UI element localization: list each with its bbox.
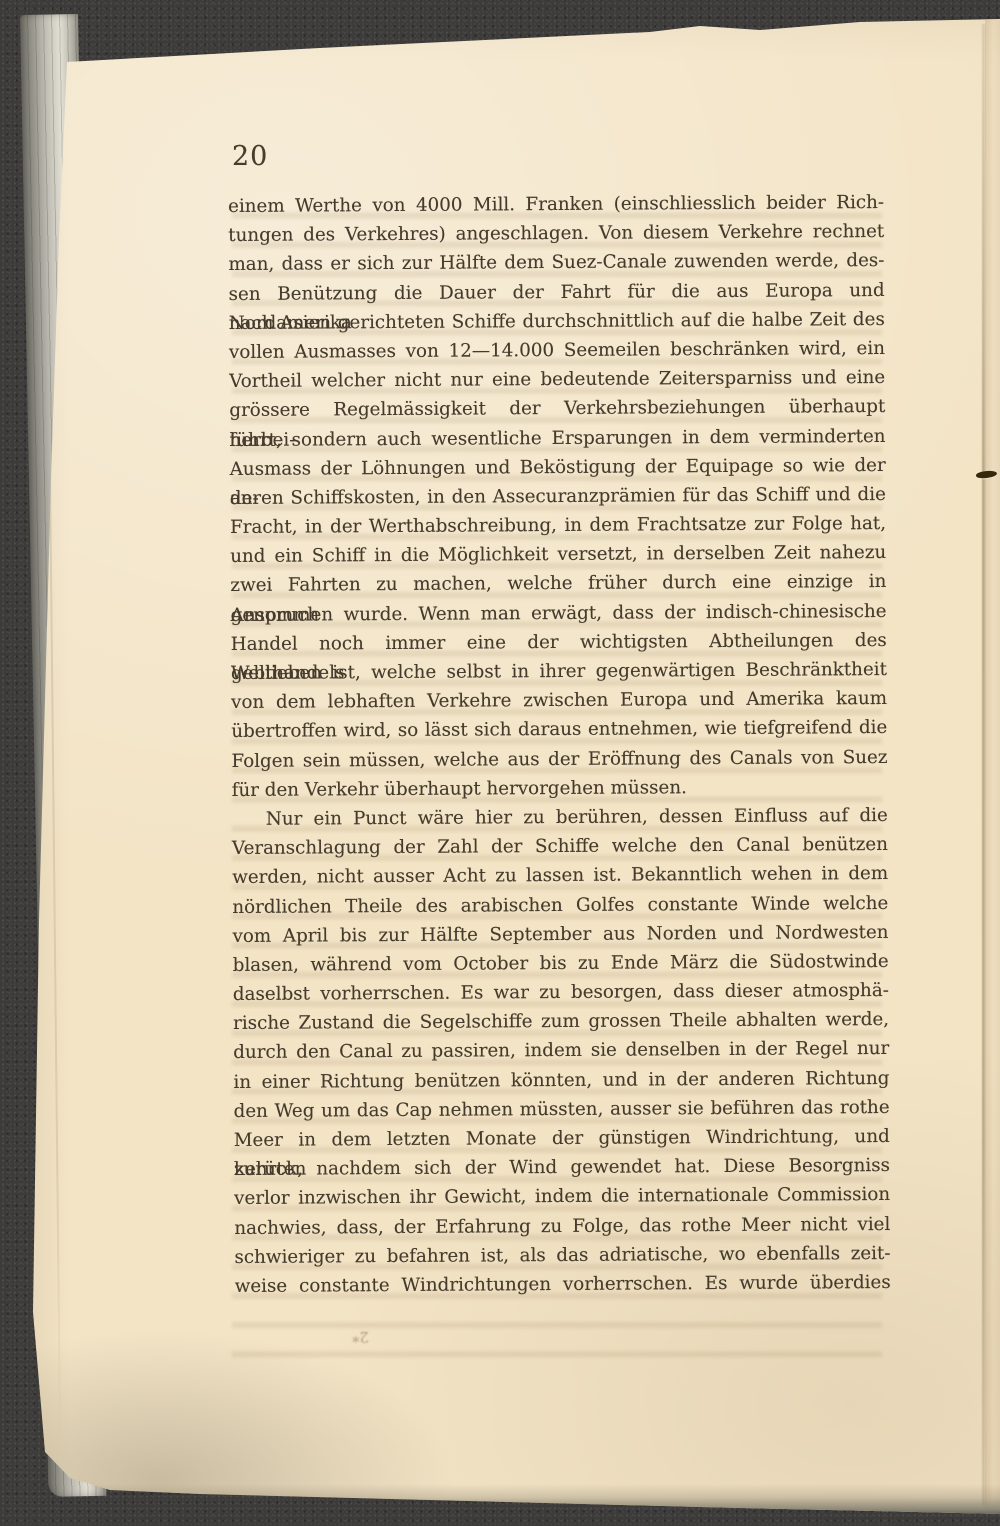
text-line: vom April bis zur Hälfte September aus N… <box>232 918 888 951</box>
text-line: Nur ein Punct wäre hier zu berühren, des… <box>232 801 888 834</box>
text-line: von dem lebhaften Verkehre zwischen Euro… <box>231 684 887 717</box>
text-line: Veranschlagung der Zahl der Schiffe welc… <box>232 830 888 863</box>
text-line: daselbst vorherrschen. Es war zu besorge… <box>233 976 889 1009</box>
text-block: einem Werthe von 4000 Mill. Franken (ein… <box>228 188 891 1301</box>
paragraph: einem Werthe von 4000 Mill. Franken (ein… <box>228 188 888 805</box>
text-line: und ein Schiff in die Möglichkeit verset… <box>230 538 886 571</box>
text-line: durch den Canal zu passiren, indem sie d… <box>233 1034 889 1067</box>
text-line: verlor inzwischen ihr Gewicht, indem die… <box>234 1180 890 1213</box>
text-line: übertroffen wird, so lässt sich daraus e… <box>231 713 887 746</box>
book-page: 20 einem Werthe von 4000 Mill. Franken (… <box>0 0 1000 1526</box>
right-page-fold-shade <box>985 20 1000 1510</box>
text-line: genommen wurde. Wenn man erwägt, dass de… <box>230 597 886 630</box>
page-number: 20 <box>232 141 268 172</box>
text-line: Meer in dem letzten Monate der günstigen… <box>234 1122 890 1155</box>
text-line: Handel noch immer eine der wichtigsten A… <box>231 626 887 659</box>
text-line: nachwies, dass, der Erfahrung zu Folge, … <box>234 1210 890 1243</box>
text-line: den Weg um das Cap nehmen müssten, ausse… <box>234 1093 890 1126</box>
text-line: tungen des Verkehres) angeschlagen. Von … <box>228 217 884 250</box>
text-line: sen Benützung die Dauer der Fahrt für di… <box>229 276 885 309</box>
text-line: rische Zustand die Segelschiffe zum gros… <box>233 1005 889 1038</box>
text-line: Folgen sein müssen, welche aus der Eröff… <box>231 743 887 776</box>
text-line: zwei Fahrten zu machen, welche früher du… <box>230 567 886 600</box>
page-bottom-edge-shadow <box>0 1484 1000 1514</box>
text-line: blasen, während vom October bis zu Ende … <box>233 947 889 980</box>
text-line: deren Schiffskosten, in den Assecuranzpr… <box>230 480 886 513</box>
text-line: vollen Ausmasses von 12—14.000 Seemeilen… <box>229 334 885 367</box>
text-line: schwieriger zu befahren ist, als das adr… <box>234 1239 890 1272</box>
text-line: geblieben ist, welche selbst in ihrer ge… <box>231 655 887 688</box>
text-line: Ausmass der Löhnungen und Beköstigung de… <box>230 451 886 484</box>
text-line: Vortheil welcher nicht nur eine bedeuten… <box>229 363 885 396</box>
text-line: nach Asien gerichteten Schiffe durchschn… <box>229 305 885 338</box>
text-line: man, dass er sich zur Hälfte dem Suez-Ca… <box>228 246 884 279</box>
text-line: werden, nicht ausser Acht zu lassen ist.… <box>232 859 888 892</box>
right-page-fold-line <box>982 24 985 1506</box>
text-line: grössere Regelmässigkeit der Verkehrsbez… <box>229 392 885 425</box>
text-line: zurück, nachdem sich der Wind gewendet h… <box>234 1151 890 1184</box>
text-line: weise constante Windrichtungen vorherrsc… <box>235 1268 891 1301</box>
text-line: einem Werthe von 4000 Mill. Franken (ein… <box>228 188 884 221</box>
paragraph: Nur ein Punct wäre hier zu berühren, des… <box>232 801 891 1301</box>
text-line: führt, sondern auch wesentliche Ersparun… <box>229 421 885 454</box>
text-line: für den Verkehr überhaupt hervorgehen mü… <box>232 772 888 805</box>
ghost-signature-mark: 2* <box>352 1328 369 1346</box>
scan-background: 20 einem Werthe von 4000 Mill. Franken (… <box>0 0 1000 1526</box>
text-line: nördlichen Theile des arabischen Golfes … <box>232 888 888 921</box>
text-line: in einer Richtung benützen könnten, und … <box>233 1064 889 1097</box>
text-line: Fracht, in der Werthabschreibung, in dem… <box>230 509 886 542</box>
